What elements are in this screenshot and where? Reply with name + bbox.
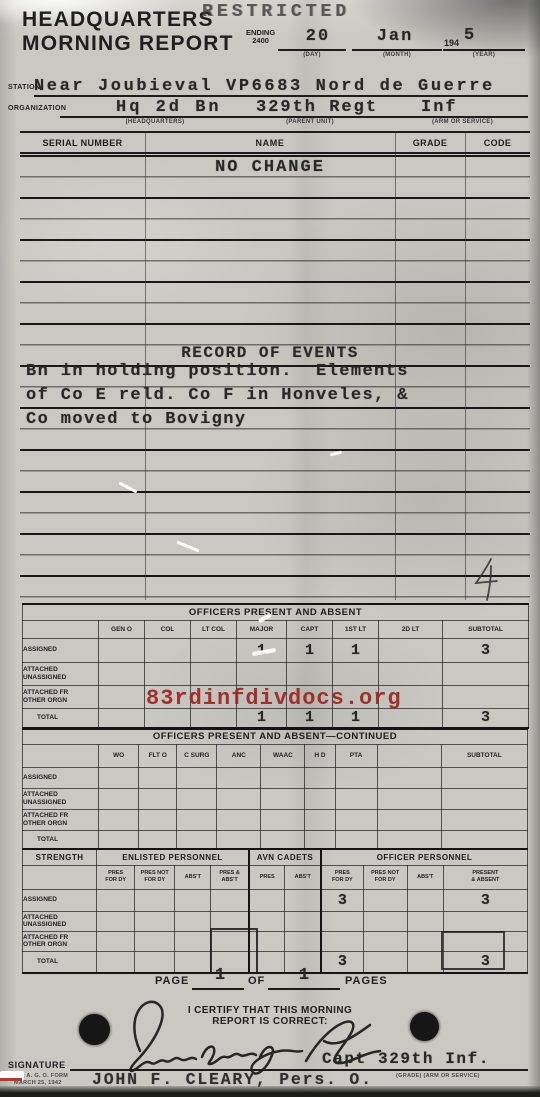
value-cell (407, 911, 443, 931)
column-header: SUBTOTAL (443, 620, 529, 638)
value-cell (443, 911, 527, 931)
value-cell (407, 951, 443, 973)
header-cell-blank (23, 744, 99, 767)
row-label-attached-unassigned: ATTACHED UNASSIGNED (23, 662, 99, 685)
pages-value: 1 (270, 966, 338, 985)
value-cell (261, 809, 305, 830)
organization-label: ORGANIZATION (8, 105, 66, 112)
value-cell (97, 951, 135, 973)
value-cell (99, 809, 139, 830)
value-cell (139, 767, 177, 788)
month-value: Jan (352, 27, 438, 46)
row-label-assigned: ASSIGNED (23, 889, 97, 911)
value-cell (261, 788, 305, 809)
value-cell (97, 911, 135, 931)
value-cell (139, 809, 177, 830)
value-cell (217, 809, 261, 830)
column-header: ABS'T (285, 865, 321, 889)
value-cell (441, 830, 527, 849)
header-cell-blank (23, 620, 99, 638)
value-cell (261, 767, 305, 788)
bottom-scan-edge (0, 1086, 540, 1097)
ending-2400-label: ENDING 2400 (246, 29, 275, 45)
value-cell (363, 931, 407, 951)
value-cell (99, 662, 145, 685)
roster-col-serial: SERIAL NUMBER (20, 138, 145, 148)
value-cell (177, 830, 217, 849)
value-cell (135, 951, 175, 973)
column-header: COL (145, 620, 191, 638)
value-cell: 1 (287, 638, 333, 662)
value-cell (177, 788, 217, 809)
roster-entry: NO CHANGE (145, 158, 395, 177)
column-header: PTA (335, 744, 377, 767)
organization-underline (60, 116, 528, 118)
value-cell (191, 708, 237, 728)
headquarters-caption: (HEADQUARTERS) (100, 119, 210, 125)
group-enlisted-label: ENLISTED PERSONNEL (97, 849, 249, 865)
value-cell (99, 788, 139, 809)
value-cell (261, 830, 305, 849)
value-cell (335, 788, 377, 809)
value-cell (407, 931, 443, 951)
page-value: 1 (195, 966, 245, 985)
year-prefix: 194 (444, 38, 459, 48)
scanned-morning-report: HEADQUARTERS MORNING REPORT RESTRICTED E… (0, 0, 540, 1097)
pages-label: PAGES (345, 975, 388, 987)
row-label-attached-fr: ATTACHED FR OTHER ORGN (23, 931, 97, 951)
value-cell (139, 830, 177, 849)
value-cell (99, 708, 145, 728)
organization-headquarters-value: Hq 2d Bn (116, 98, 222, 117)
column-header (377, 744, 441, 767)
value-cell (441, 809, 527, 830)
value-cell (145, 638, 191, 662)
value-cell (335, 767, 377, 788)
organization-arm-value: Inf (421, 98, 458, 117)
column-header: ANC (217, 744, 261, 767)
column-header: PRES NOT FOR DY (363, 865, 407, 889)
signature-label: SIGNATURE (8, 1060, 66, 1070)
value-cell (97, 931, 135, 951)
value-cell (217, 767, 261, 788)
month-underline (352, 49, 442, 51)
pages-underline (268, 988, 340, 990)
value-cell (379, 662, 443, 685)
of-label: OF (248, 975, 265, 987)
station-value: Near Joubieval VP6683 Nord de Guerre (34, 77, 495, 96)
column-header: 2D LT (379, 620, 443, 638)
value-cell (217, 788, 261, 809)
value-cell (177, 809, 217, 830)
officers-continued-title: OFFICERS PRESENT AND ABSENT—CONTINUED (23, 729, 528, 744)
row-label-total: TOTAL (23, 951, 97, 973)
row-label-attached-fr: ATTACHED FR OTHER ORGN (23, 685, 99, 708)
day-value: 20 (288, 27, 348, 46)
column-header: MAJOR (237, 620, 287, 638)
record-line-3: Co moved to Bovigny (26, 410, 246, 429)
officers-continued-table: OFFICERS PRESENT AND ABSENT—CONTINUED WO… (22, 728, 528, 850)
value-cell (287, 662, 333, 685)
value-cell (135, 911, 175, 931)
header-cell-blank (23, 865, 97, 889)
row-label-total: TOTAL (23, 708, 99, 728)
column-header: PRESENT & ABSENT (443, 865, 527, 889)
value-cell (305, 767, 335, 788)
grade-caption: (GRADE) (ARM OR SERVICE) (396, 1073, 480, 1079)
column-header: PRES FOR DY (97, 865, 135, 889)
officers-table-title: OFFICERS PRESENT AND ABSENT (23, 604, 529, 620)
value-cell (441, 788, 527, 809)
value-cell (379, 708, 443, 728)
column-header: 1ST LT (333, 620, 379, 638)
value-cell (377, 830, 441, 849)
column-header: FLT O (139, 744, 177, 767)
value-cell (175, 911, 211, 931)
record-line-2: of Co E reld. Co F in Honveles, & (26, 386, 409, 405)
value-cell (333, 662, 379, 685)
arm-caption: (ARM OR SERVICE) (405, 119, 520, 125)
parent-unit-caption: (PARENT UNIT) (255, 119, 365, 125)
row-label-attached-unassigned: ATTACHED UNASSIGNED (23, 788, 99, 809)
row-label-attached-unassigned: ATTACHED UNASSIGNED (23, 911, 97, 931)
roster-top-border (20, 131, 530, 133)
value-cell (285, 911, 321, 931)
year-value: 5 (464, 26, 474, 45)
value-cell: 1 (333, 638, 379, 662)
row-label-assigned: ASSIGNED (23, 638, 99, 662)
handwritten-mark-4 (472, 556, 504, 602)
value-cell: 1 (333, 708, 379, 728)
value-cell (335, 830, 377, 849)
column-header: SUBTOTAL (441, 744, 527, 767)
value-cell (377, 767, 441, 788)
column-header: PRES NOT FOR DY (135, 865, 175, 889)
roster-divider-grade-code (465, 131, 466, 600)
record-line-1: Bn in holding position. Elements (26, 362, 409, 381)
value-cell (177, 767, 217, 788)
value-cell (377, 788, 441, 809)
form-title-line1: HEADQUARTERS (22, 8, 214, 32)
value-cell (249, 889, 285, 911)
column-header: GEN O (99, 620, 145, 638)
row-label-attached-fr: ATTACHED FR OTHER ORGN (23, 809, 99, 830)
page-underline (192, 988, 244, 990)
page-label: PAGE (155, 975, 189, 987)
roster-col-name: NAME (145, 138, 395, 148)
group-officer-label: OFFICER PERSONNEL (321, 849, 527, 865)
value-cell (443, 685, 529, 708)
roster-header-underline (20, 152, 530, 154)
row-label-total: TOTAL (23, 830, 99, 849)
column-header: H D (305, 744, 335, 767)
value-cell (211, 889, 249, 911)
restricted-stamp: RESTRICTED (202, 2, 350, 22)
value-cell: 3 (443, 889, 527, 911)
column-header: WAAC (261, 744, 305, 767)
column-header: PRES (249, 865, 285, 889)
value-cell (97, 889, 135, 911)
row-label-assigned: ASSIGNED (23, 767, 99, 788)
value-cell (441, 767, 527, 788)
value-cell (139, 788, 177, 809)
grade-value: Capt 329th Inf. (322, 1050, 490, 1068)
year-caption: (YEAR) (443, 52, 525, 58)
value-cell: 1 (287, 708, 333, 728)
value-cell (99, 638, 145, 662)
column-header: ABS'T (175, 865, 211, 889)
value-cell (145, 662, 191, 685)
value-cell (99, 685, 145, 708)
value-cell (321, 931, 363, 951)
value-cell (407, 889, 443, 911)
pencil-box-officer (441, 931, 505, 970)
station-underline (34, 95, 528, 97)
value-cell (305, 809, 335, 830)
value-cell: 3 (443, 638, 529, 662)
value-cell (305, 788, 335, 809)
value-cell (335, 809, 377, 830)
column-header: PRES FOR DY (321, 865, 363, 889)
column-header: WO (99, 744, 139, 767)
red-pen-mark (0, 1078, 22, 1081)
value-cell (145, 708, 191, 728)
hole-punch-right (410, 1012, 439, 1041)
year-underline (443, 49, 525, 51)
value-cell (175, 889, 211, 911)
value-cell (237, 662, 287, 685)
strength-label: STRENGTH (23, 849, 97, 865)
value-cell (99, 767, 139, 788)
roster-col-grade: GRADE (395, 138, 465, 148)
record-of-events-title: RECORD OF EVENTS (145, 344, 395, 362)
value-cell (285, 931, 321, 951)
organization-parent-unit-value: 329th Regt (256, 98, 378, 117)
value-cell (135, 889, 175, 911)
value-cell: 3 (443, 708, 529, 728)
value-cell (321, 911, 363, 931)
value-cell (377, 809, 441, 830)
column-header: ABS'T (407, 865, 443, 889)
column-header: CAPT (287, 620, 333, 638)
value-cell (191, 638, 237, 662)
value-cell (443, 662, 529, 685)
value-cell (363, 951, 407, 973)
value-cell (99, 830, 139, 849)
value-cell (135, 931, 175, 951)
month-caption: (MONTH) (352, 52, 442, 58)
column-header: LT COL (191, 620, 237, 638)
value-cell: 1 (237, 708, 287, 728)
roster-col-code: CODE (465, 138, 530, 148)
day-underline (278, 49, 346, 51)
site-watermark: 83rdinfdivdocs.org (146, 686, 402, 711)
value-cell (285, 889, 321, 911)
value-cell (305, 830, 335, 849)
column-header: PRES & ABS'T (211, 865, 249, 889)
column-header: C SURG (177, 744, 217, 767)
group-avn-label: AVN CADETS (249, 849, 321, 865)
value-cell (175, 931, 211, 951)
value-cell (191, 662, 237, 685)
value-cell (379, 638, 443, 662)
value-cell: 3 (321, 889, 363, 911)
value-cell (363, 889, 407, 911)
day-caption: (DAY) (278, 52, 346, 58)
value-cell (217, 830, 261, 849)
form-title-line2: MORNING REPORT (22, 32, 234, 56)
value-cell (363, 911, 407, 931)
